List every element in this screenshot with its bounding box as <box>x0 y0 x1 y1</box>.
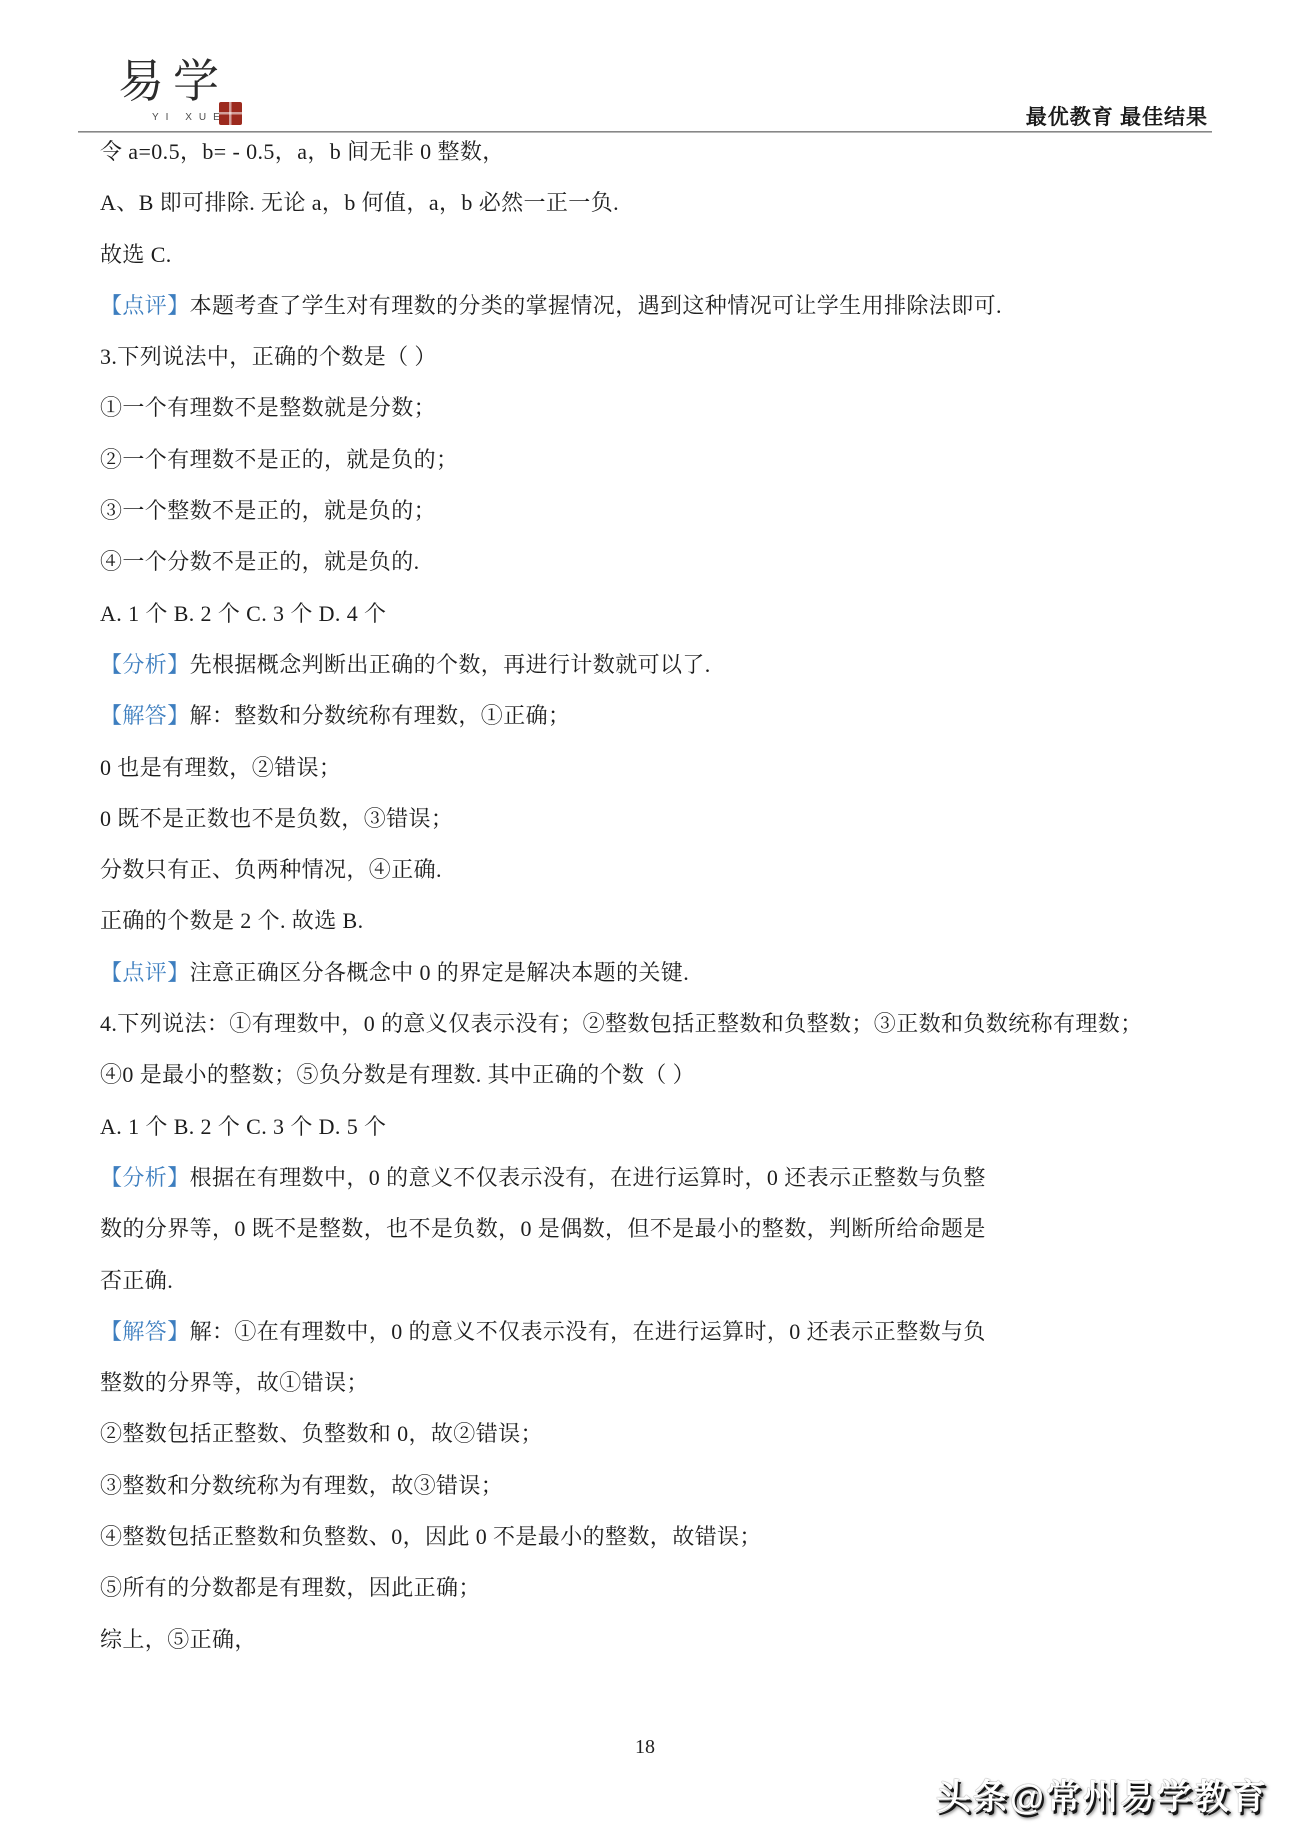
logo-seal-icon <box>219 102 242 125</box>
section-label: 【解答】 <box>100 1319 190 1344</box>
content-lines: 令 a=0.5，b= - 0.5，a，b 间无非 0 整数，A、B 即可排除. … <box>100 126 1210 1665</box>
text-line: ③一个整数不是正的，就是负的； <box>100 485 1210 536</box>
text-line: ④整数包括正整数和负整数、0，因此 0 不是最小的整数，故错误； <box>100 1511 1210 1562</box>
page-number: 18 <box>0 1736 1290 1759</box>
text-line: 分数只有正、负两种情况，④正确. <box>100 844 1210 895</box>
text-line: 故选 C. <box>100 229 1210 280</box>
text-line: 【解答】解：整数和分数统称有理数，①正确； <box>100 690 1210 741</box>
text-line: 0 既不是正数也不是负数，③错误； <box>100 793 1210 844</box>
text-line: ④0 是最小的整数；⑤负分数是有理数. 其中正确的个数（ ） <box>100 1049 1210 1100</box>
text-line: 4.下列说法：①有理数中，0 的意义仅表示没有；②整数包括正整数和负整数；③正数… <box>100 998 1210 1049</box>
text-line: 否正确. <box>100 1255 1210 1306</box>
section-label: 【分析】 <box>100 652 190 677</box>
section-label: 【解答】 <box>100 703 190 728</box>
text-line: A、B 即可排除. 无论 a，b 何值，a，b 必然一正一负. <box>100 177 1210 228</box>
text-line: A. 1 个 B. 2 个 C. 3 个 D. 5 个 <box>100 1101 1210 1152</box>
text-line: A. 1 个 B. 2 个 C. 3 个 D. 4 个 <box>100 588 1210 639</box>
text-line: 【点评】本题考查了学生对有理数的分类的掌握情况，遇到这种情况可让学生用排除法即可… <box>100 280 1210 331</box>
section-label: 【点评】 <box>100 293 190 318</box>
logo-subtext: YI XUE <box>152 112 227 123</box>
text-line: 0 也是有理数，②错误； <box>100 742 1210 793</box>
text-line: 【点评】注意正确区分各概念中 0 的界定是解决本题的关键. <box>100 947 1210 998</box>
text-line: 【分析】根据在有理数中，0 的意义不仅表示没有，在进行运算时，0 还表示正整数与… <box>100 1152 1210 1203</box>
text-line: 3.下列说法中，正确的个数是（ ） <box>100 331 1210 382</box>
text-line: 令 a=0.5，b= - 0.5，a，b 间无非 0 整数， <box>100 126 1210 177</box>
text-line: 综上，⑤正确， <box>100 1614 1210 1665</box>
logo-text: 易学 <box>118 58 228 104</box>
text-line: ⑤所有的分数都是有理数，因此正确； <box>100 1562 1210 1613</box>
text-line: 正确的个数是 2 个. 故选 B. <box>100 895 1210 946</box>
text-line: ②整数包括正整数、负整数和 0，故②错误； <box>100 1408 1210 1459</box>
text-line: 整数的分界等，故①错误； <box>100 1357 1210 1408</box>
text-line: ②一个有理数不是正的，就是负的； <box>100 434 1210 485</box>
logo: 易学 YI XUE <box>118 58 228 104</box>
text-line: ①一个有理数不是整数就是分数； <box>100 382 1210 433</box>
text-line: 【分析】先根据概念判断出正确的个数，再进行计数就可以了. <box>100 639 1210 690</box>
watermark: 头条@常州易学教育 <box>936 1770 1268 1820</box>
section-label: 【点评】 <box>100 960 190 985</box>
text-line: 【解答】解：①在有理数中，0 的意义不仅表示没有，在进行运算时，0 还表示正整数… <box>100 1306 1210 1357</box>
section-label: 【分析】 <box>100 1165 190 1190</box>
text-line: ③整数和分数统称为有理数，故③错误； <box>100 1460 1210 1511</box>
text-line: 数的分界等，0 既不是整数，也不是负数，0 是偶数，但不是最小的整数，判断所给命… <box>100 1203 1210 1254</box>
text-line: ④一个分数不是正的，就是负的. <box>100 536 1210 587</box>
